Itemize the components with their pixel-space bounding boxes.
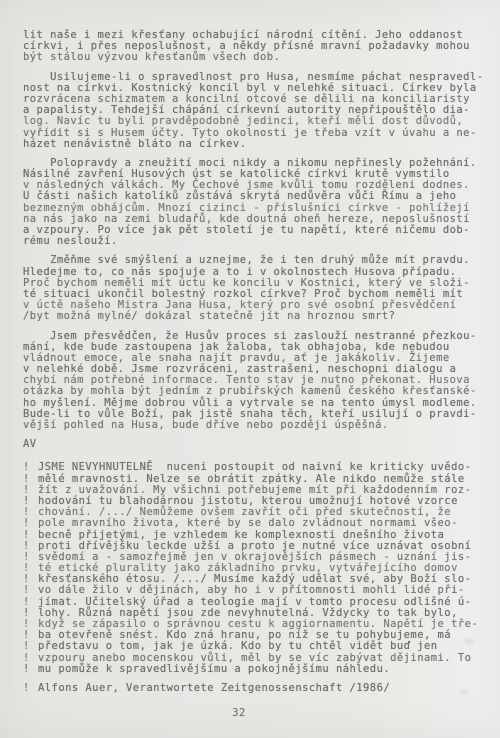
line-text: ho myšlení. Mějme dobrou vůli a vytrvale… [23, 397, 477, 409]
text-line: házet nenávistně bláto na církev. [23, 139, 493, 150]
line-text: Změňme své smýšlení a uznejme, že i ten … [23, 254, 470, 266]
line-text: proti dřívějšku leckde užší a proto je n… [38, 540, 471, 552]
line-text: rému neslouží. [23, 235, 118, 247]
line-text: házet nenávistně bláto na církev. [23, 138, 246, 150]
line-text: AV [23, 438, 37, 450]
text-line: !Alfons Auer, Verantwortete Zeitgenossen… [38, 683, 493, 694]
quote-margin-mark: ! [23, 683, 30, 694]
text-line: vější pohled na Husa, bude dříve nebo po… [23, 420, 493, 431]
line-text: JSME NEVYHNUTELNĚ nuceni postoupit od na… [38, 461, 471, 473]
page-number: 32 [0, 708, 478, 719]
paragraph-initials: AV [23, 439, 493, 450]
quote-margin-mark: ! [23, 518, 30, 529]
paragraph-quote: !JSME NEVYHNUTELNĚ nuceni postoupit od n… [23, 462, 493, 675]
quote-margin-mark: ! [23, 641, 30, 652]
line-text: U části našich katolíků zůstává skrytá n… [23, 190, 456, 202]
line-text: vo dále žilo v dějinách, aby ho i v přít… [38, 584, 465, 596]
line-text: žít z uvažování. My všichni potřebujeme … [38, 484, 471, 496]
line-text: Usilujeme-li o spravedlnost pro Husa, ne… [23, 71, 483, 83]
line-text: být stálou výzvou křesťanům všech dob. [23, 51, 280, 63]
text-line: /byt možná mylné/ dokázal statečně jít n… [23, 311, 493, 322]
line-text: /byt možná mylné/ dokázal statečně jít n… [23, 310, 395, 322]
paragraph-body: Polopravdy a zneužití moci nikdy a nikom… [23, 158, 493, 248]
line-text: vzpouru anebo mocenskou vůli, měl by se … [38, 652, 471, 664]
line-text: lohy. Různá napětí jsou zde nevyhnutelná… [38, 607, 458, 619]
text-line: být stálou výzvou křesťanům všech dob. [23, 52, 493, 63]
line-text: jímat. Učitelský úřad a teologie mají v … [38, 596, 471, 608]
line-text: Proč bychom neměli mít úctu ke koncilu v… [23, 277, 470, 289]
paragraph-body: lit naše i mezi křesťany ochabující náro… [23, 30, 493, 64]
line-text: pole mravního života, které by se dalo z… [38, 517, 458, 529]
line-text: Alfons Auer, Verantwortete Zeitgenossens… [38, 682, 390, 694]
line-text: vější pohled na Husa, bude dříve nebo po… [23, 419, 389, 431]
line-text: log. Navíc tu byli pravděpodobně jedinci… [23, 115, 463, 127]
line-text: bezmezným obhájcům. Mnozí cizinci - přís… [23, 202, 470, 214]
line-text: na nás jako na zemi bludařů, kde doutná … [23, 213, 470, 225]
line-text: mu pomůže k spravedlivějšímu a pokojnějš… [38, 663, 390, 675]
line-text: becně přijetými, je vzhledem ke komplexn… [38, 529, 444, 541]
line-text: mání, kde bude zastoupena jak žaloba, ta… [23, 341, 450, 353]
line-text: mělé mravnosti. Nelze se obrátit zpátky.… [38, 473, 465, 485]
paragraph-body: Změňme své smýšlení a uznejme, že i ten … [23, 255, 493, 322]
line-text: Jsem přesvědčen, že Husův proces si zasl… [23, 330, 477, 342]
scanned-page: lit naše i mezi křesťany ochabující náro… [0, 0, 500, 738]
paragraph-body: Usilujeme-li o spravedlnost pro Husa, ne… [23, 72, 493, 150]
paragraph-body: Jsem přesvědčen, že Husův proces si zasl… [23, 331, 493, 432]
line-text: Bude-li to vůle Boží, pak jistě snaha tě… [23, 408, 477, 420]
text-line: AV [23, 439, 493, 450]
quote-margin-mark: ! [23, 664, 30, 675]
line-text: nost na církvi. Kostnický koncil byl v n… [23, 82, 477, 94]
line-text: otázka by mohla být jedním z prubířských… [23, 385, 477, 397]
quote-margin-mark: ! [23, 462, 30, 473]
text-line: !mu pomůže k spravedlivějšímu a pokojněj… [38, 664, 493, 675]
text-line: rému neslouží. [23, 236, 493, 247]
paragraph-attribution: !Alfons Auer, Verantwortete Zeitgenossen… [23, 683, 493, 694]
line-text: představu o tom, jak je úzká. Kdo by tu … [38, 640, 438, 652]
line-text: Hledejme to, co nás spojuje a to i v oko… [23, 266, 456, 278]
quote-margin-mark: ! [23, 585, 30, 596]
document-text: lit naše i mezi křesťany ochabující náro… [23, 30, 493, 702]
line-text: vyřídit si s Husem účty. Tyto okolnosti … [23, 127, 477, 139]
